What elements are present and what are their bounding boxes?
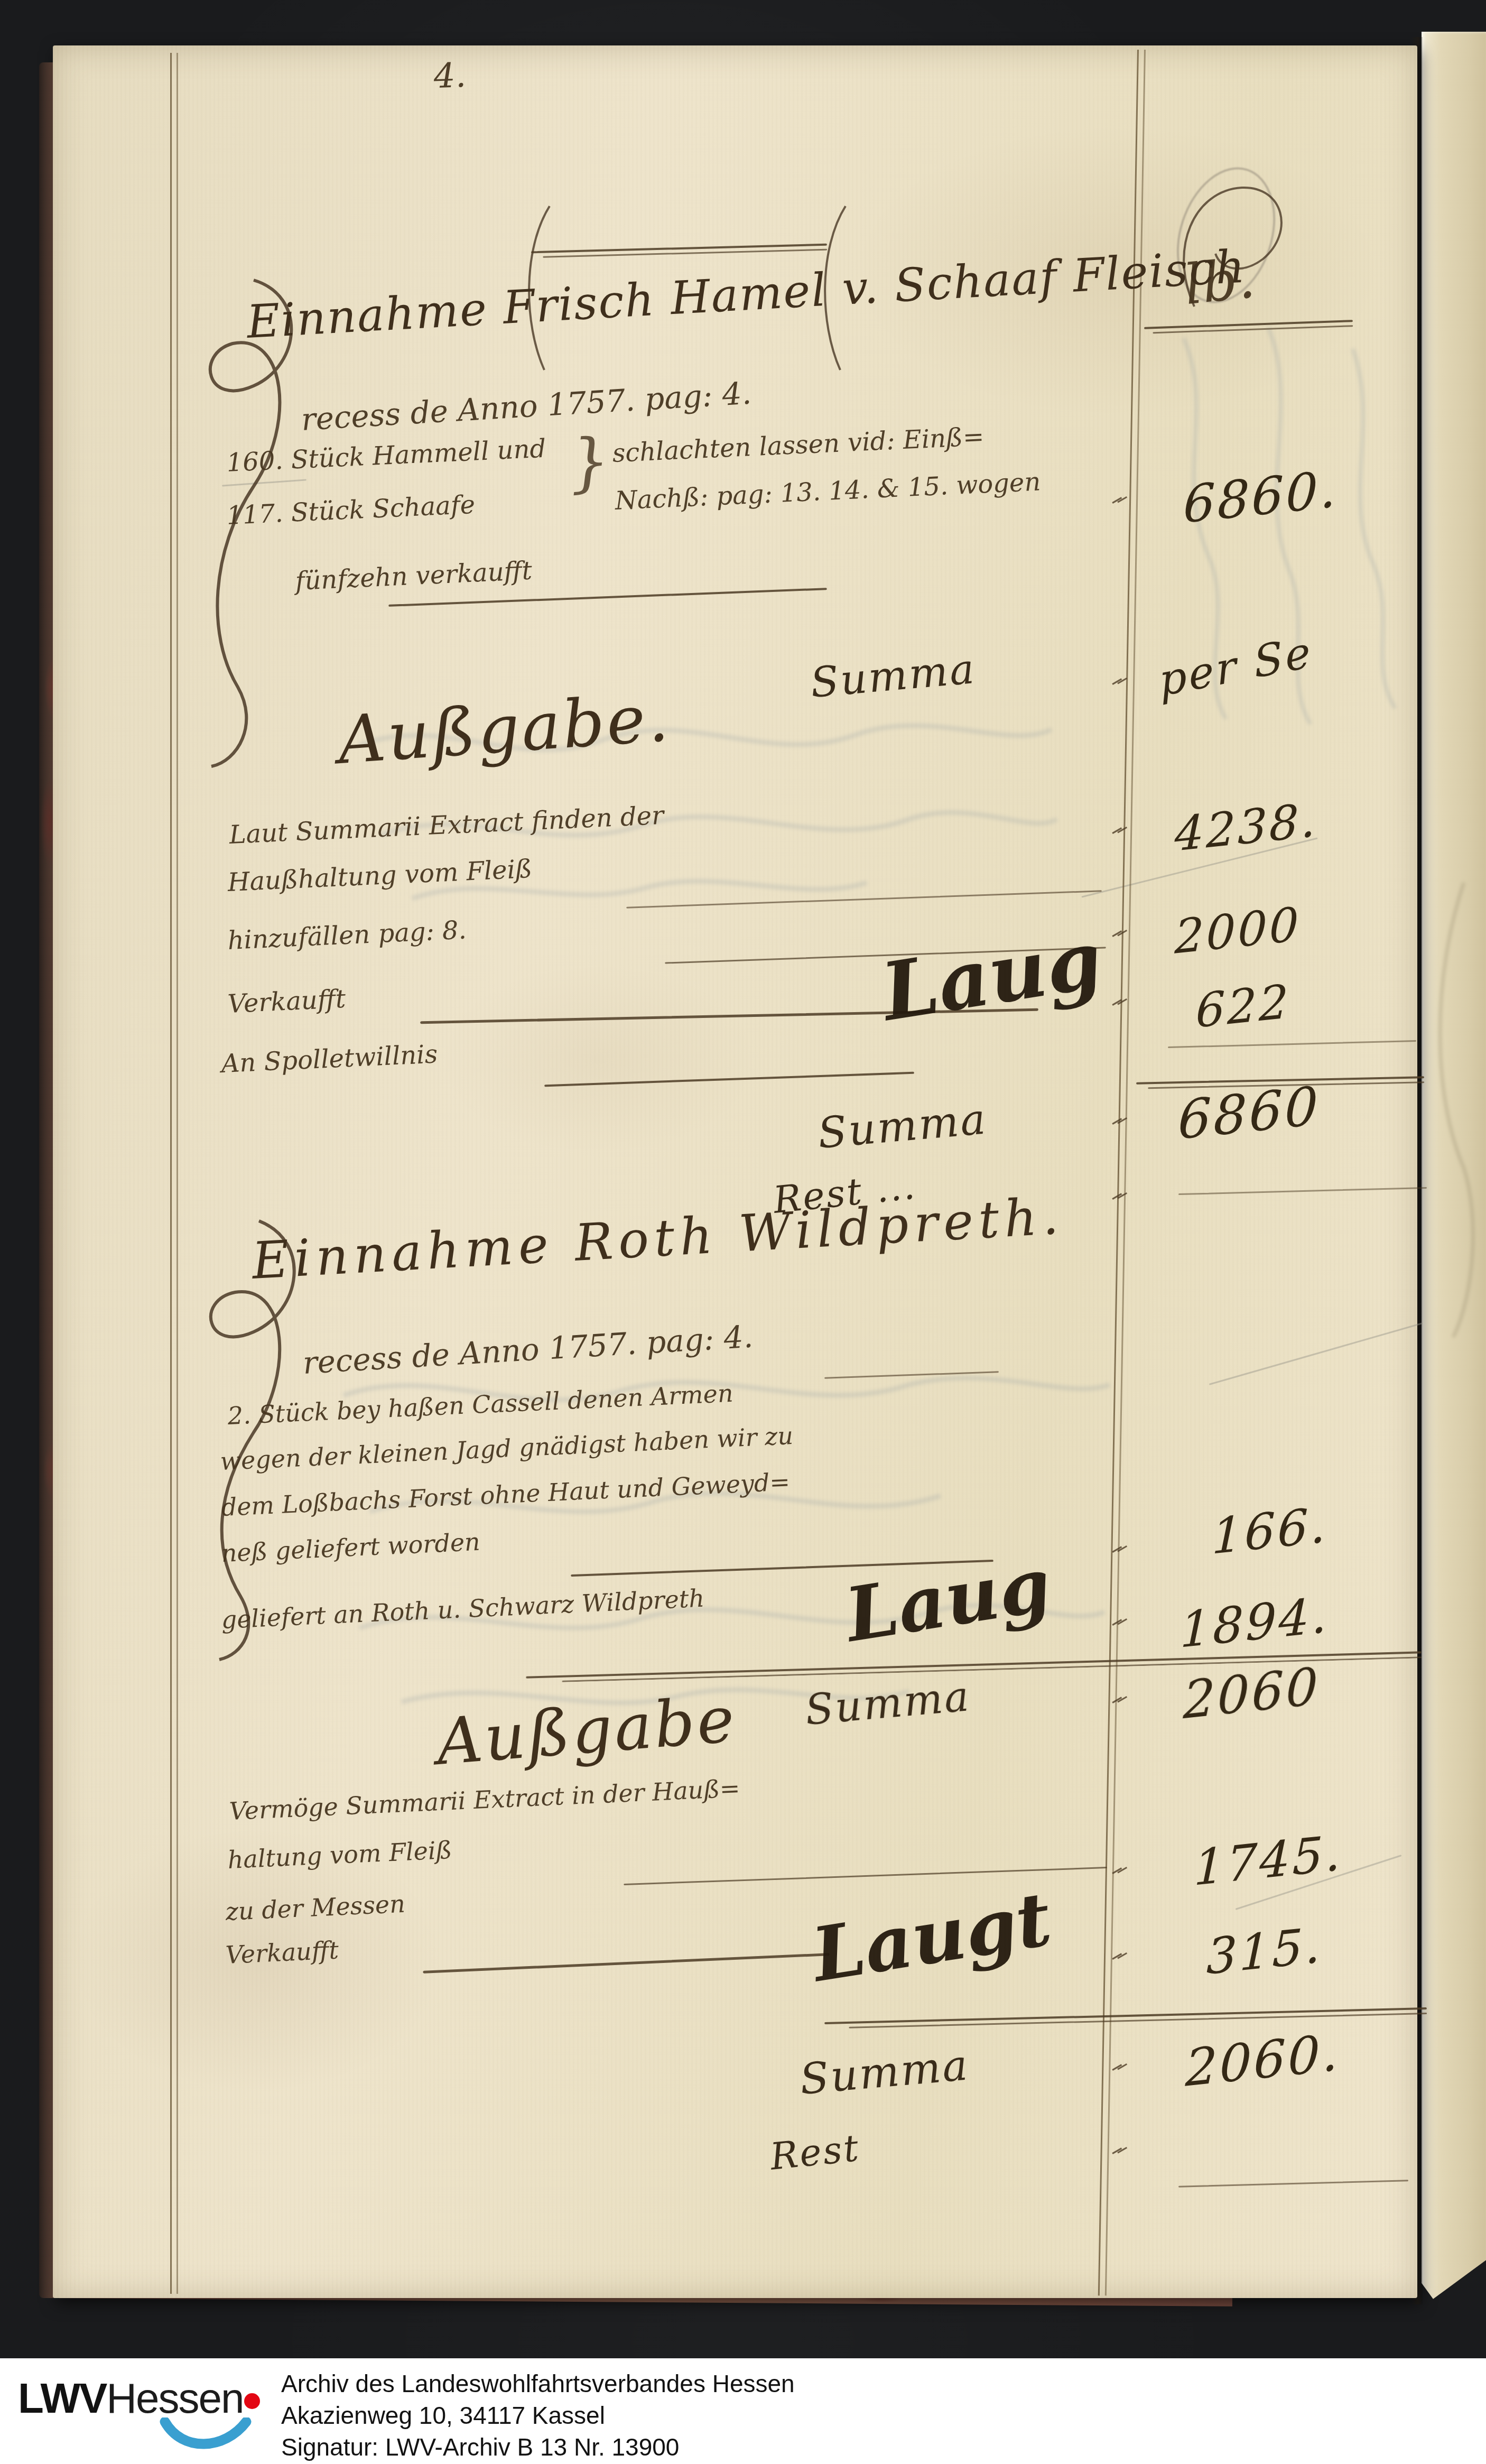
margin-rule [170, 53, 172, 2294]
page-number: 4. [433, 56, 467, 96]
column-tick [1116, 1189, 1130, 1200]
column-tick [1116, 823, 1130, 835]
column-tick [1116, 927, 1130, 938]
logo-red-dot-icon [244, 2393, 260, 2409]
lwv-hessen-logo: LWVHessen [18, 2377, 244, 2420]
column-tick [1116, 674, 1130, 686]
entry-brace: } [566, 424, 612, 501]
logo-swoosh-icon [159, 2417, 254, 2460]
entry-line: Verkaufft [225, 1935, 339, 1969]
bleedthrough-ghost [1427, 872, 1485, 1348]
column-tick [1116, 1542, 1130, 1553]
logo-light-text: Hessen [106, 2375, 243, 2422]
column-tick [1116, 1114, 1130, 1125]
archive-info: Archiv des Landeswohlfahrtsverbandes Hes… [281, 2368, 795, 2463]
archive-name-line: Archiv des Landeswohlfahrtsverbandes Hes… [281, 2368, 795, 2400]
archive-footer: LWVHessen Archiv des Landeswohlfahrtsver… [0, 2358, 1486, 2464]
column-tick [1116, 2144, 1130, 2155]
column-tick [1116, 1615, 1130, 1626]
column-tick [1116, 1864, 1130, 1875]
archive-signature-line: Signatur: LWV-Archiv B 13 Nr. 13900 [281, 2431, 795, 2463]
logo-bold-text: LWV [18, 2375, 106, 2422]
column-tick [1116, 995, 1130, 1006]
column-tick [1116, 1949, 1130, 1960]
entry-line: Verkaufft [227, 984, 346, 1019]
amount-value: 622 [1195, 974, 1291, 1039]
archive-address-line: Akazienweg 10, 34117 Kassel [281, 2400, 795, 2431]
column-tick [1116, 2060, 1130, 2071]
column-tick [1116, 493, 1130, 504]
scanned-archive-image: 4. lb. Einnahme Frisch Hamel v. Schaaf F… [0, 0, 1486, 2464]
column-tick [1116, 1693, 1130, 1704]
